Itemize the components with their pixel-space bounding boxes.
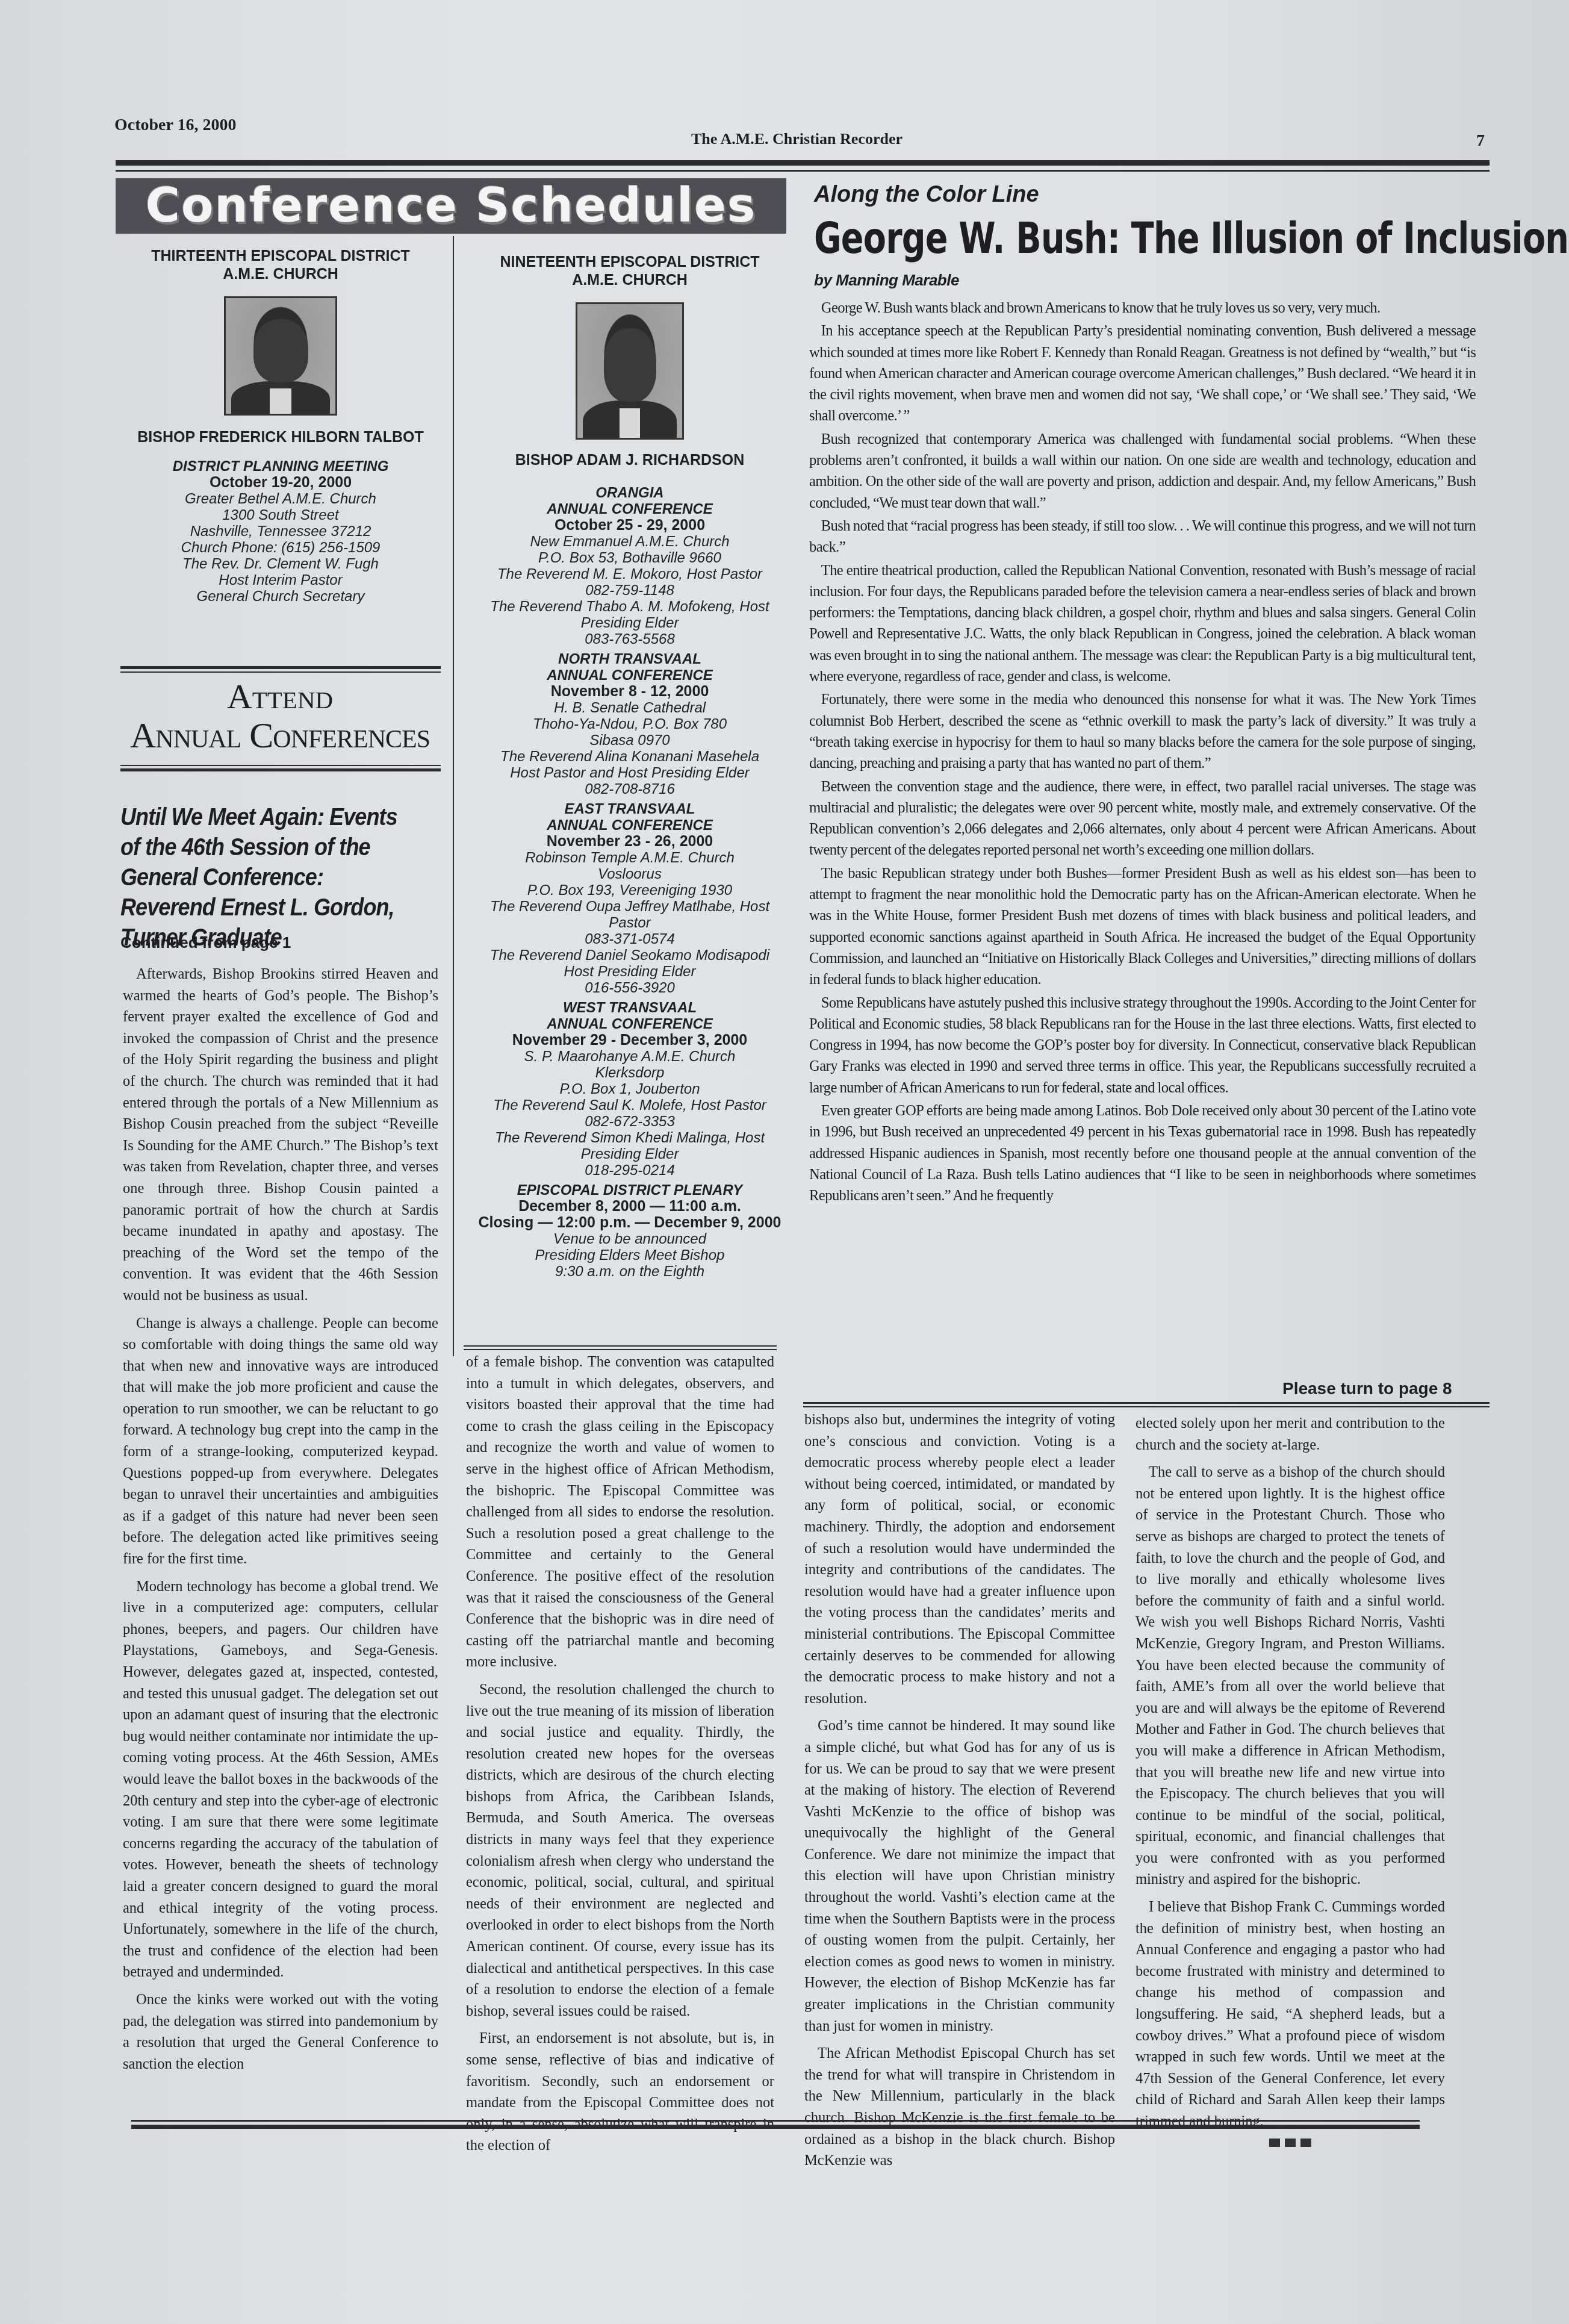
event-region: EAST TRANSVAAL	[461, 801, 798, 817]
newspaper-page: October 16, 2000 The A.M.E. Christian Re…	[0, 0, 1569, 2324]
story-column-3: bishops also but, undermines the integri…	[804, 1409, 1115, 2178]
paragraph: In his acceptance speech at the Republic…	[809, 320, 1476, 426]
event-west-transvaal: WEST TRANSVAAL ANNUAL CONFERENCE Novembe…	[461, 1000, 798, 1179]
paragraph: The African Methodist Episcopal Church h…	[804, 2043, 1115, 2172]
header-rule-thick	[116, 160, 1490, 166]
event-line: P.O. Box 193, Vereeniging 1930	[461, 882, 798, 899]
attend-line2: Annual Conferences	[120, 715, 440, 755]
event-line: The Rev. Dr. Clement W. Fugh	[118, 556, 443, 572]
event-line: 082-708-8716	[461, 781, 798, 797]
column-divider	[453, 236, 454, 1356]
paragraph: First, an endorsement is not absolute, b…	[466, 2028, 774, 2157]
event-line: 082-759-1148	[461, 582, 798, 599]
event-title: EPISCOPAL DISTRICT PLENARY	[461, 1182, 798, 1198]
paragraph: Between the convention stage and the aud…	[809, 776, 1476, 861]
event-line: Pastor	[461, 915, 798, 931]
bishop-name: BISHOP ADAM J. RICHARDSON	[461, 452, 798, 469]
end-of-story-squares-icon	[1136, 2139, 1445, 2147]
paragraph: I believe that Bishop Frank C. Cummings …	[1136, 1896, 1445, 2132]
church-name: A.M.E. CHURCH	[461, 271, 798, 289]
event-region: WEST TRANSVAAL	[461, 1000, 798, 1016]
conference-schedules-banner: Conference Schedules	[116, 178, 786, 234]
schedule-nineteenth-district: NINETEENTH EPISCOPAL DISTRICT A.M.E. CHU…	[461, 253, 798, 1280]
event-line: Presiding Elder	[461, 1146, 798, 1162]
paragraph: Even greater GOP efforts are being made …	[809, 1100, 1476, 1206]
event-line: Thoho-Ya-Ndou, P.O. Box 780	[461, 716, 798, 732]
event-line: 018-295-0214	[461, 1162, 798, 1179]
event-plenary: EPISCOPAL DISTRICT PLENARY December 8, 2…	[461, 1182, 798, 1280]
event-title: DISTRICT PLANNING MEETING	[118, 458, 443, 475]
event-line: Sibasa 0970	[461, 732, 798, 749]
bishop-name: BISHOP FREDERICK HILBORN TALBOT	[118, 429, 443, 446]
attend-rule-bottom-thin	[120, 765, 441, 766]
paragraph: Bush noted that “racial progress has bee…	[809, 516, 1476, 558]
event-line: Robinson Temple A.M.E. Church	[461, 850, 798, 866]
event-line: Host Pastor and Host Presiding Elder	[461, 765, 798, 781]
event-closing: Closing — 12:00 p.m. — December 9, 2000	[461, 1215, 798, 1231]
paragraph: The basic Republican strategy under both…	[809, 863, 1476, 991]
event-line: S. P. Maarohanye A.M.E. Church	[461, 1048, 798, 1065]
event-type: ANNUAL CONFERENCE	[461, 667, 798, 684]
paragraph: The entire theatrical production, called…	[809, 560, 1476, 688]
event-north-transvaal: NORTH TRANSVAAL ANNUAL CONFERENCE Novemb…	[461, 651, 798, 797]
event-date: November 8 - 12, 2000	[461, 684, 798, 700]
district-name: THIRTEENTH EPISCOPAL DISTRICT	[118, 247, 443, 265]
event-region: ORANGIA	[461, 485, 798, 501]
event-line: P.O. Box 1, Jouberton	[461, 1081, 798, 1097]
event-line: General Church Secretary	[118, 588, 443, 605]
article-body: George W. Bush wants black and brown Ame…	[809, 298, 1476, 1208]
paragraph: Afterwards, Bishop Brookins stirred Heav…	[123, 964, 438, 1307]
event-date: November 23 - 26, 2000	[461, 833, 798, 850]
event-line: Presiding Elder	[461, 615, 798, 631]
event-orangia: ORANGIA ANNUAL CONFERENCE October 25 - 2…	[461, 485, 798, 647]
event-line: Klerksdorp	[461, 1065, 798, 1081]
church-name: A.M.E. CHURCH	[118, 265, 443, 283]
issue-date: October 16, 2000	[114, 116, 236, 135]
event-line: The Reverend Simon Khedi Malinga, Host	[461, 1130, 798, 1146]
event-line: H. B. Senatle Cathedral	[461, 700, 798, 716]
paragraph: of a female bishop. The convention was c…	[466, 1351, 774, 1673]
event-line: Presiding Elders Meet Bishop	[461, 1247, 798, 1263]
event-line: Venue to be announced	[461, 1231, 798, 1247]
event-line: 082-672-3353	[461, 1114, 798, 1130]
event-type: ANNUAL CONFERENCE	[461, 817, 798, 833]
banner-title: Conference Schedules	[146, 179, 757, 233]
event-line: 1300 South Street	[118, 507, 443, 523]
footer-rule-thin	[131, 2120, 1420, 2122]
publication-name: The A.M.E. Christian Recorder	[691, 130, 903, 148]
article-byline: by Manning Marable	[814, 271, 959, 290]
story-headline: Until We Meet Again: Events of the 46th …	[120, 802, 413, 953]
paragraph: Some Republicans have astutely pushed th…	[809, 992, 1476, 1098]
article-rule	[803, 1406, 1490, 1407]
event-line: Vosloorus	[461, 866, 798, 882]
event-line: 083-763-5568	[461, 631, 798, 647]
paragraph: Change is always a challenge. People can…	[123, 1313, 438, 1570]
paragraph: Once the kinks were worked out with the …	[123, 1989, 438, 2075]
jump-link-page-8[interactable]: Please turn to page 8	[1282, 1379, 1452, 1398]
event-line: The Reverend Thabo A. M. Mofokeng, Host	[461, 599, 798, 615]
event-line: Church Phone: (615) 256-1509	[118, 540, 443, 556]
event-line: The Reverend Saul K. Molefe, Host Pastor	[461, 1097, 798, 1114]
bishop-richardson-photo	[576, 302, 684, 440]
story-column-1: Afterwards, Bishop Brookins stirred Heav…	[123, 964, 438, 2081]
event-type: ANNUAL CONFERENCE	[461, 501, 798, 517]
event-date: October 25 - 29, 2000	[461, 517, 798, 534]
event-type: ANNUAL CONFERENCE	[461, 1016, 798, 1032]
story-column-4: elected solely upon her merit and contri…	[1136, 1413, 1445, 2147]
story-rule	[464, 1345, 777, 1347]
event-east-transvaal: EAST TRANSVAAL ANNUAL CONFERENCE Novembe…	[461, 801, 798, 996]
paragraph: bishops also but, undermines the integri…	[804, 1409, 1115, 1709]
paragraph: The call to serve as a bishop of the chu…	[1136, 1462, 1445, 1890]
paragraph: God’s time cannot be hindered. It may so…	[804, 1715, 1115, 2037]
article-kicker: Along the Color Line	[814, 182, 1039, 208]
paragraph: Fortunately, there were some in the medi…	[809, 689, 1476, 774]
event-line: 083-371-0574	[461, 931, 798, 947]
paragraph: elected solely upon her merit and contri…	[1136, 1413, 1445, 1456]
attend-line1: Attend	[120, 678, 440, 715]
page-number: 7	[1476, 131, 1485, 151]
event-line: The Reverend Oupa Jeffrey Matlhabe, Host	[461, 899, 798, 915]
header-rule-thin	[116, 170, 1490, 172]
paragraph: George W. Bush wants black and brown Ame…	[809, 298, 1476, 319]
schedule-thirteenth-district: THIRTEENTH EPISCOPAL DISTRICT A.M.E. CHU…	[118, 247, 443, 605]
article-headline: George W. Bush: The Illusion of Inclusio…	[814, 211, 1418, 265]
event-line: The Reverend Daniel Seokamo Modisapodi	[461, 947, 798, 964]
district-name: NINETEENTH EPISCOPAL DISTRICT	[461, 253, 798, 271]
event-line: Host Interim Pastor	[118, 572, 443, 588]
bishop-talbot-photo	[224, 296, 337, 416]
attend-rule-bottom	[120, 768, 441, 771]
event-date: November 29 - December 3, 2000	[461, 1032, 798, 1048]
event-region: NORTH TRANSVAAL	[461, 651, 798, 667]
paragraph: Bush recognized that contemporary Americ…	[809, 429, 1476, 514]
continued-from-label: Continued from page 1	[120, 933, 291, 952]
story-column-2: of a female bishop. The convention was c…	[466, 1351, 774, 2163]
event-line: Greater Bethel A.M.E. Church	[118, 491, 443, 507]
event-date: October 19-20, 2000	[118, 475, 443, 491]
paragraph: Modern technology has become a global tr…	[123, 1576, 438, 1983]
story-rule	[464, 1349, 777, 1350]
event-line: The Reverend Alina Konanani Masehela	[461, 749, 798, 765]
article-rule	[803, 1402, 1490, 1404]
event-line: Nashville, Tennessee 37212	[118, 523, 443, 540]
event-line: Host Presiding Elder	[461, 964, 798, 980]
event-line: The Reverend M. E. Mokoro, Host Pastor	[461, 566, 798, 582]
paragraph: Second, the resolution challenged the ch…	[466, 1679, 774, 2022]
event-line: P.O. Box 53, Bothaville 9660	[461, 550, 798, 566]
event-date: December 8, 2000 — 11:00 a.m.	[461, 1198, 798, 1215]
footer-rule-thick	[131, 2125, 1420, 2129]
attend-annual-conferences-box: Attend Annual Conferences	[120, 666, 440, 755]
event-line: New Emmanuel A.M.E. Church	[461, 534, 798, 550]
event-line: 016-556-3920	[461, 980, 798, 996]
event-line: 9:30 a.m. on the Eighth	[461, 1263, 798, 1280]
